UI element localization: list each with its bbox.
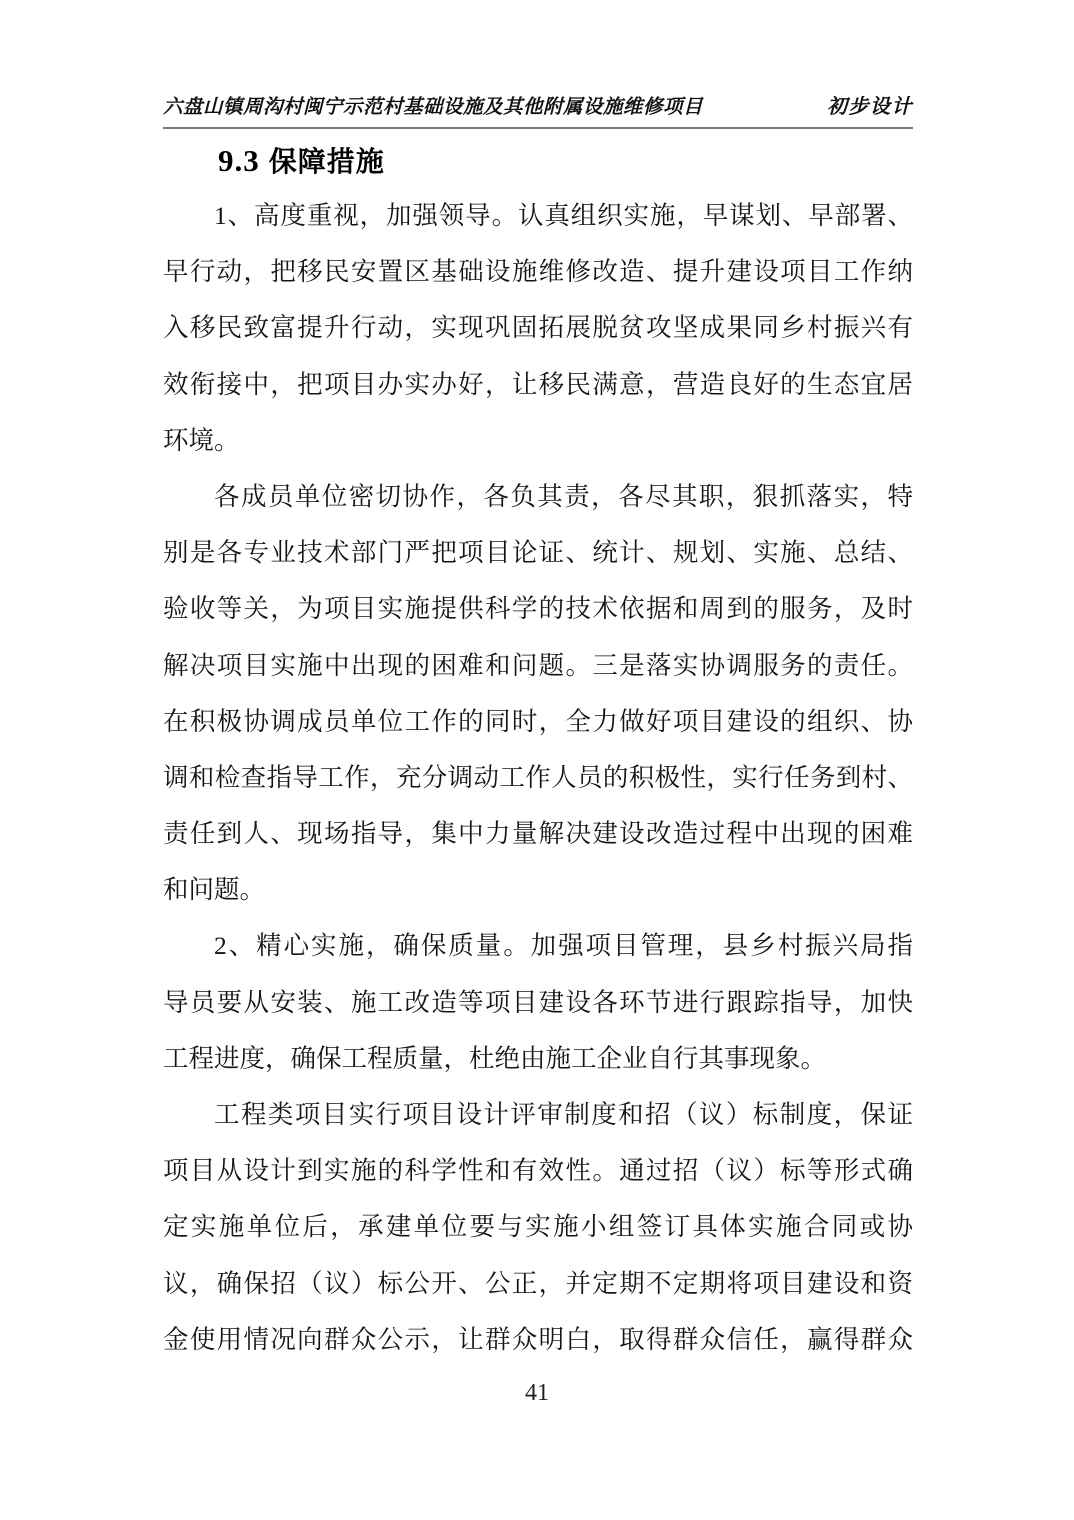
paragraph-1: 1、高度重视，加强领导。认真组织实施，早谋划、早部署、 早行动，把移民安置区基础… — [163, 188, 913, 469]
text-line: 导员要从安装、施工改造等项目建设各环节进行跟踪指导，加快 — [163, 975, 913, 1031]
document-page: 六盘山镇周沟村闽宁示范村基础设施及其他附属设施维修项目 初步设计 9.3保障措施… — [0, 0, 1074, 1520]
text-line: 1、高度重视，加强领导。认真组织实施，早谋划、早部署、 — [163, 188, 913, 244]
text-line: 调和检查指导工作，充分调动工作人员的积极性，实行任务到村、 — [163, 750, 913, 806]
text-line: 在积极协调成员单位工作的同时，全力做好项目建设的组织、协 — [163, 694, 913, 750]
text-line: 早行动，把移民安置区基础设施维修改造、提升建设项目工作纳 — [163, 244, 913, 300]
running-header: 六盘山镇周沟村闽宁示范村基础设施及其他附属设施维修项目 初步设计 — [163, 90, 913, 119]
paragraph-2: 各成员单位密切协作，各负其责，各尽其职，狠抓落实，特 别是各专业技术部门严把项目… — [163, 469, 913, 919]
text-line: 责任到人、现场指导，集中力量解决建设改造过程中出现的困难 — [163, 806, 913, 862]
text-line: 别是各专业技术部门严把项目论证、统计、规划、实施、总结、 — [163, 525, 913, 581]
text-line: 工程进度，确保工程质量，杜绝由施工企业自行其事现象。 — [163, 1031, 913, 1087]
text-line: 和问题。 — [163, 862, 913, 918]
text-line: 解决项目实施中出现的困难和问题。三是落实协调服务的责任。 — [163, 638, 913, 694]
text-line: 议，确保招（议）标公开、公正，并定期不定期将项目建设和资 — [163, 1256, 913, 1312]
text-line: 验收等关，为项目实施提供科学的技术依据和周到的服务，及时 — [163, 581, 913, 637]
header-project-title: 六盘山镇周沟村闽宁示范村基础设施及其他附属设施维修项目 — [163, 91, 703, 119]
section-heading: 9.3保障措施 — [218, 140, 385, 180]
paragraph-4: 工程类项目实行项目设计评审制度和招（议）标制度，保证 项目从设计到实施的科学性和… — [163, 1087, 913, 1368]
text-line: 入移民致富提升行动，实现巩固拓展脱贫攻坚成果同乡村振兴有 — [163, 300, 913, 356]
section-number: 9.3 — [218, 143, 260, 178]
text-line: 工程类项目实行项目设计评审制度和招（议）标制度，保证 — [163, 1087, 913, 1143]
header-rule — [163, 127, 913, 129]
body-text: 1、高度重视，加强领导。认真组织实施，早谋划、早部署、 早行动，把移民安置区基础… — [163, 188, 913, 1368]
text-line: 效衔接中，把项目办实办好，让移民满意，营造良好的生态宜居 — [163, 357, 913, 413]
text-line: 项目从设计到实施的科学性和有效性。通过招（议）标等形式确 — [163, 1143, 913, 1199]
page-number: 41 — [0, 1380, 1074, 1407]
text-line: 环境。 — [163, 413, 913, 469]
section-title: 保障措施 — [269, 146, 385, 177]
text-line: 各成员单位密切协作，各负其责，各尽其职，狠抓落实，特 — [163, 469, 913, 525]
paragraph-3: 2、精心实施，确保质量。加强项目管理，县乡村振兴局指 导员要从安装、施工改造等项… — [163, 918, 913, 1087]
text-line: 金使用情况向群众公示，让群众明白，取得群众信任，赢得群众 — [163, 1312, 913, 1368]
text-line: 2、精心实施，确保质量。加强项目管理，县乡村振兴局指 — [163, 918, 913, 974]
header-doc-type: 初步设计 — [827, 90, 913, 119]
text-line: 定实施单位后，承建单位要与实施小组签订具体实施合同或协 — [163, 1199, 913, 1255]
